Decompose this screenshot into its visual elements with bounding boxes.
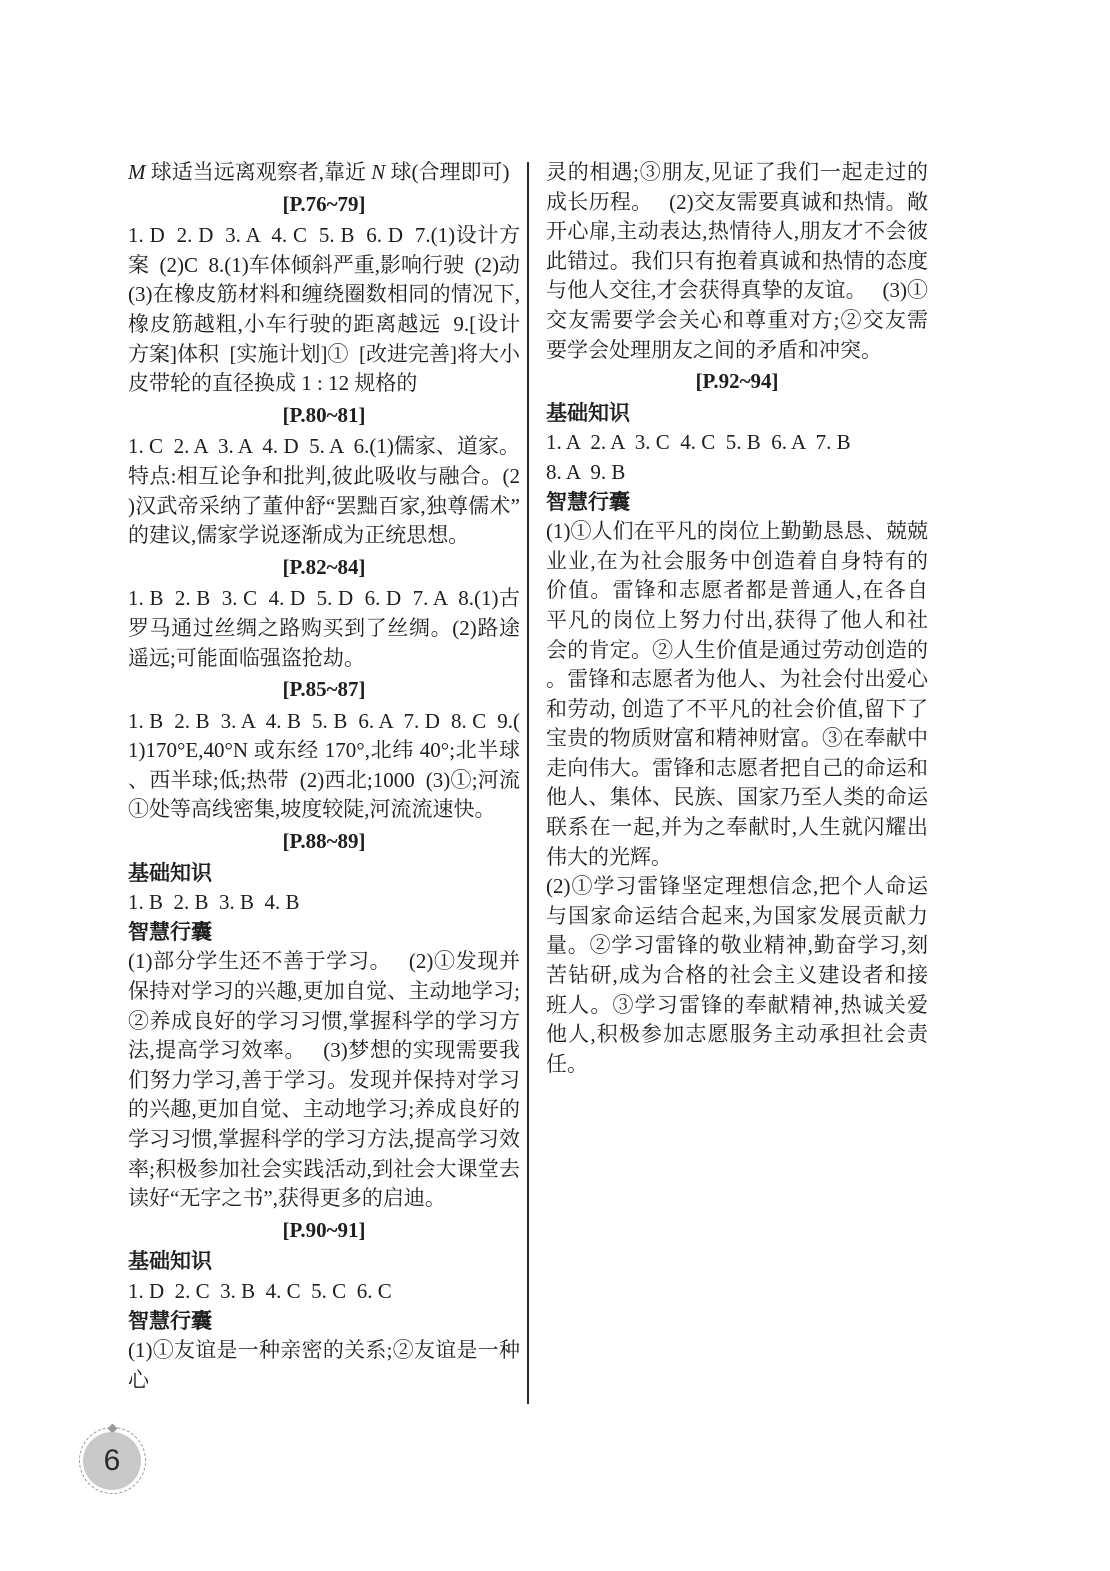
answers-p76-79: 1. D 2. D 3. A 4. C 5. B 6. D 7.(1)设计方案 …	[128, 221, 520, 399]
answers-p92-94-basic-line2: 8. A 9. B	[546, 458, 928, 488]
section-header-p92-94: [P.92~94]	[546, 367, 928, 397]
section-header-p88-89: [P.88~89]	[128, 827, 520, 857]
answers-p80-81: 1. C 2. A 3. A 4. D 5. A 6.(1)儒家、道家。 特点:…	[128, 432, 520, 550]
variable-m: M	[128, 160, 146, 184]
answers-p85-87: 1. B 2. B 3. A 4. B 5. B 6. A 7. D 8. C …	[128, 707, 520, 825]
answers-p82-84: 1. B 2. B 3. C 4. D 5. D 6. D 7. A 8.(1)…	[128, 584, 520, 673]
variable-n: N	[371, 160, 385, 184]
column-divider	[527, 162, 529, 1404]
section-header-p80-81: [P.80~81]	[128, 401, 520, 431]
answers-p90-91-wisdom: (1)①友谊是一种亲密的关系;②友谊是一种心	[128, 1336, 520, 1395]
subhead-basic-knowledge: 基础知识	[128, 859, 520, 889]
answers-p92-94-wisdom-1: (1)①人们在平凡的岗位上勤勤恳恳、兢兢业业,在为社会服务中创造着自身特有的价值…	[546, 517, 928, 872]
page-number-badge: 6	[79, 1427, 146, 1494]
answers-p90-91-basic: 1. D 2. C 3. B 4. C 5. C 6. C	[128, 1277, 520, 1307]
section-header-p82-84: [P.82~84]	[128, 553, 520, 583]
intro-text-1: 球适当远离观察者,靠近	[146, 160, 372, 184]
answers-p92-94-basic-line1: 1. A 2. A 3. C 4. C 5. B 6. A 7. B	[546, 428, 928, 458]
answers-p88-89-basic: 1. B 2. B 3. B 4. B	[128, 888, 520, 918]
section-header-p90-91: [P.90~91]	[128, 1216, 520, 1246]
left-column: M 球适当远离观察者,靠近 N 球(合理即可) [P.76~79] 1. D 2…	[128, 158, 520, 1395]
subhead-basic-knowledge: 基础知识	[128, 1247, 520, 1277]
page-number-circle: 6	[83, 1432, 141, 1490]
intro-text-2: 球(合理即可)	[385, 160, 509, 184]
subhead-wisdom-bag: 智慧行囊	[546, 488, 928, 518]
book-page: M 球适当远离观察者,靠近 N 球(合理即可) [P.76~79] 1. D 2…	[0, 0, 1110, 1571]
answers-p88-89-wisdom: (1)部分学生还不善于学习。 (2)①发现并保持对学习的兴趣,更加自觉、主动地学…	[128, 947, 520, 1213]
section-header-p85-87: [P.85~87]	[128, 675, 520, 705]
answers-p92-94-wisdom-2: (2)①学习雷锋坚定理想信念,把个人命运与国家命运结合起来,为国家发展贡献力量。…	[546, 872, 928, 1079]
section-header-p76-79: [P.76~79]	[128, 190, 520, 220]
continuation-paragraph: M 球适当远离观察者,靠近 N 球(合理即可)	[128, 158, 520, 188]
continuation-paragraph-right: 灵的相遇;③朋友,见证了我们一起走过的成长历程。 (2)交友需要真诚和热情。敞开…	[546, 158, 928, 365]
subhead-basic-knowledge: 基础知识	[546, 399, 928, 429]
subhead-wisdom-bag: 智慧行囊	[128, 918, 520, 948]
right-column: 灵的相遇;③朋友,见证了我们一起走过的成长历程。 (2)交友需要真诚和热情。敞开…	[546, 158, 928, 1079]
subhead-wisdom-bag: 智慧行囊	[128, 1307, 520, 1337]
page-number: 6	[104, 1444, 121, 1478]
